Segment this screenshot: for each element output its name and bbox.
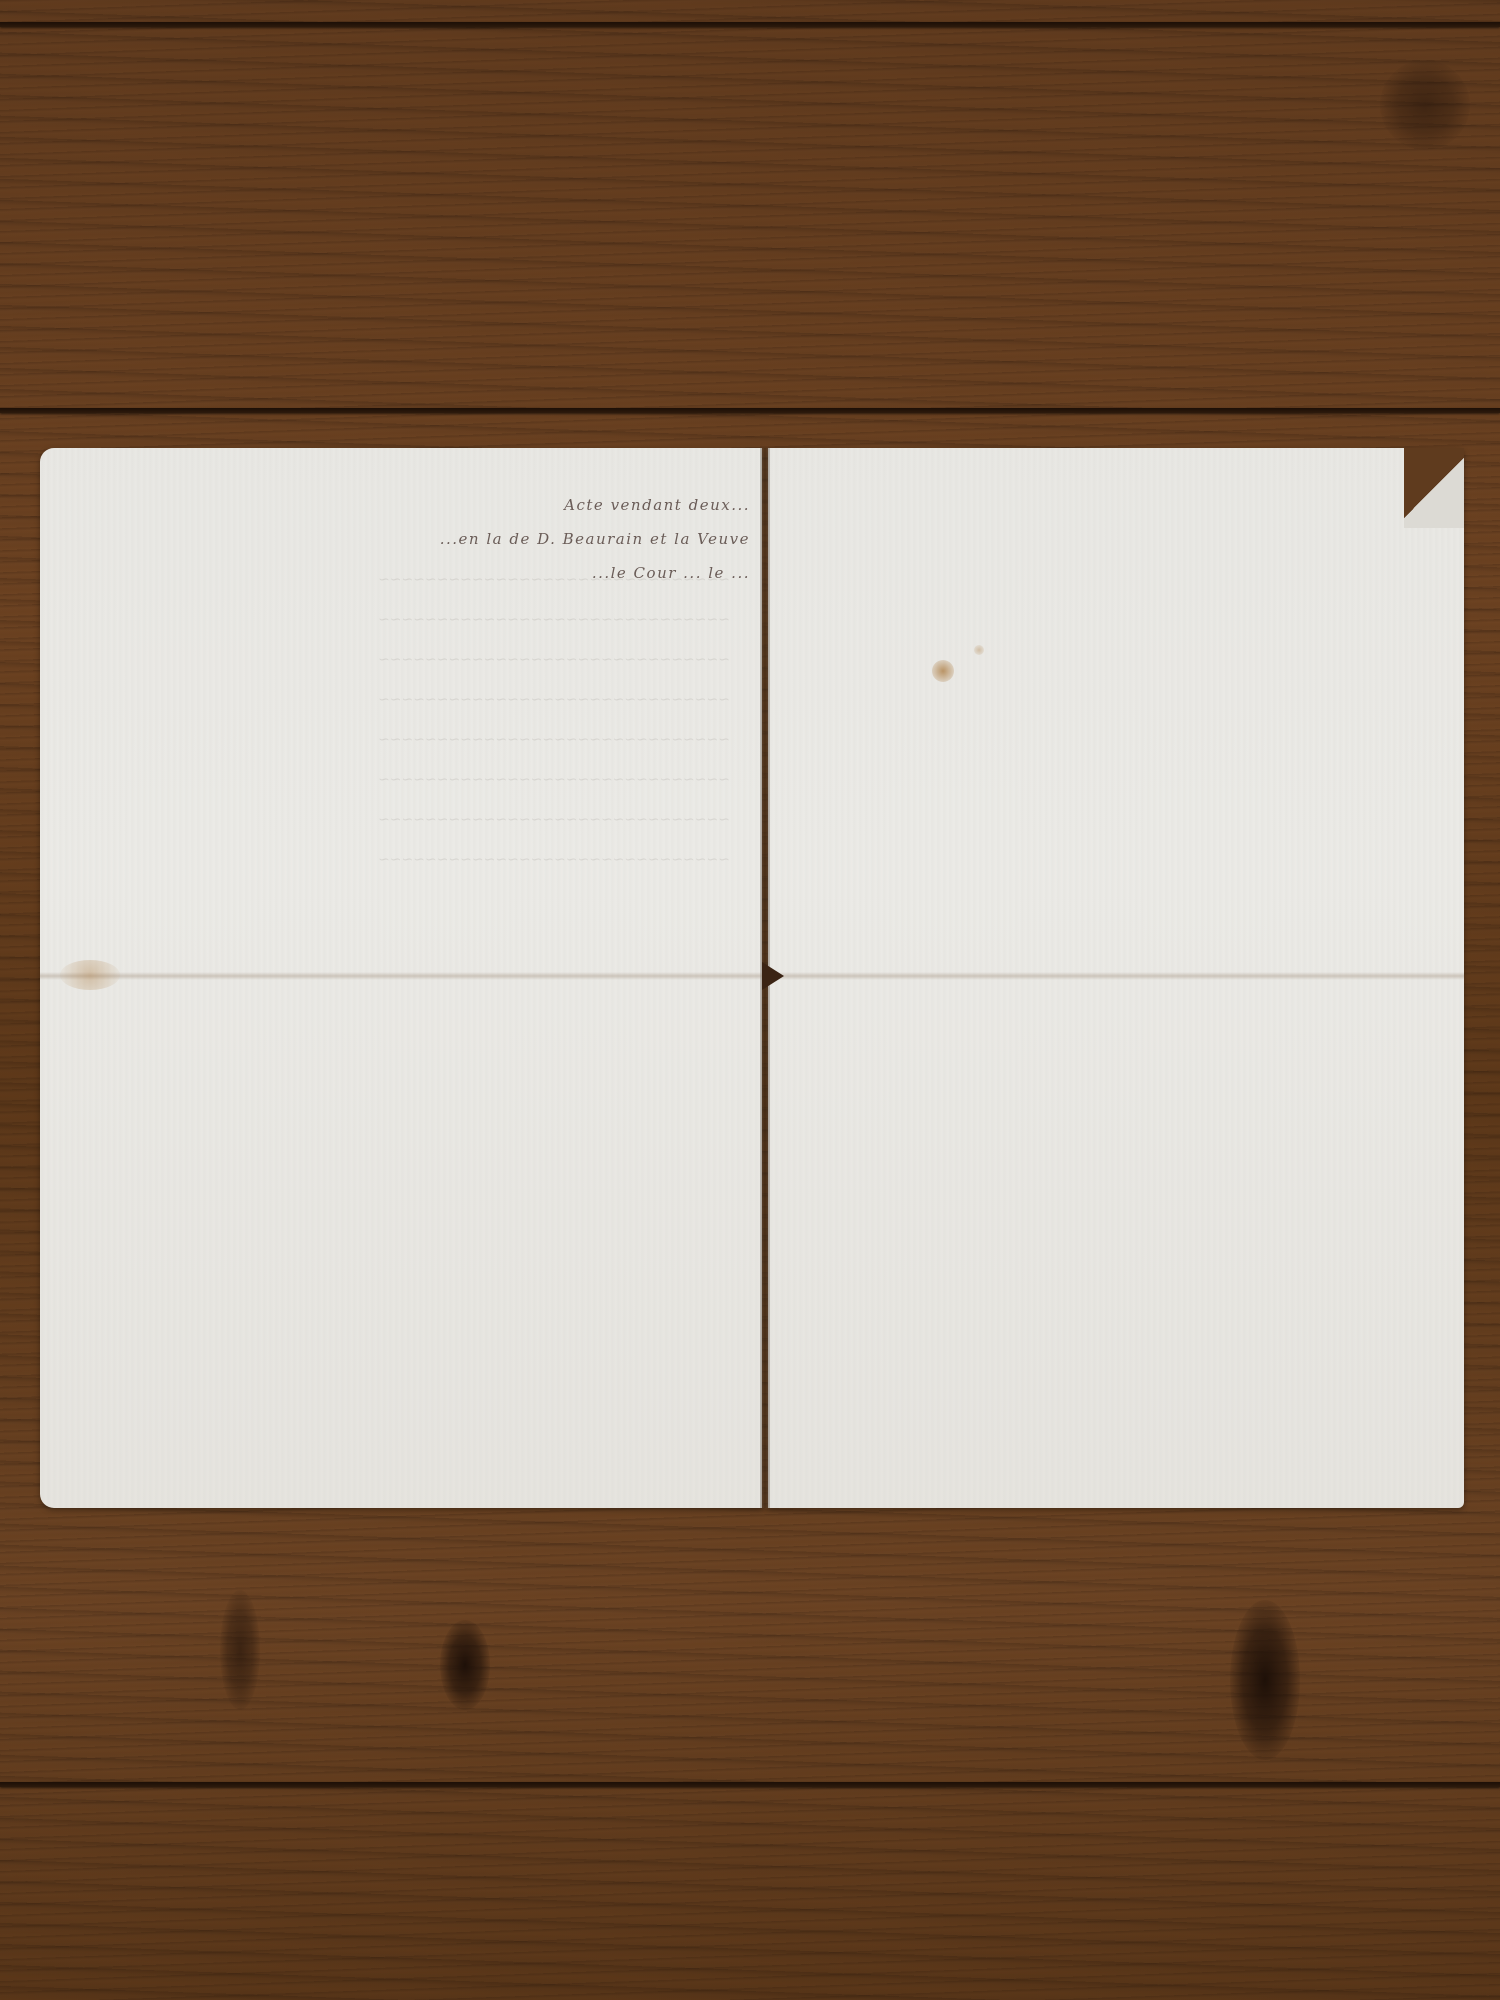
folded-corner [1404, 448, 1464, 528]
horizontal-fold [40, 972, 1464, 980]
handwriting-line: ...en la de D. Beaurain et la Veuve [300, 522, 750, 556]
wood-knot [1380, 60, 1470, 150]
bleed-line: ~~~~~~~~~~~~~~~~~~~~~~~~~~~~~~ [250, 840, 730, 880]
bleed-through-text: ~~~~~~~~~~~~~~~~~~~~~~~~~~~~~~ ~~~~~~~~~… [250, 560, 730, 880]
foxing-stain [60, 960, 120, 990]
wood-knot [220, 1590, 260, 1710]
bleed-line: ~~~~~~~~~~~~~~~~~~~~~~~~~~~~~~ [250, 720, 730, 760]
foxing-stain [974, 645, 984, 655]
plank-seam [0, 408, 1500, 413]
foxing-stain [932, 660, 954, 682]
plank-seam [0, 1782, 1500, 1787]
handwriting-line: Acte vendant deux... [300, 488, 750, 522]
handwriting-line: ...le Cour ... le ... [300, 556, 750, 590]
bleed-line: ~~~~~~~~~~~~~~~~~~~~~~~~~~~~~~ [250, 800, 730, 840]
plank-seam [0, 22, 1500, 27]
bleed-line: ~~~~~~~~~~~~~~~~~~~~~~~~~~~~~~ [250, 680, 730, 720]
bleed-line: ~~~~~~~~~~~~~~~~~~~~~~~~~~~~~~ [250, 600, 730, 640]
bleed-line: ~~~~~~~~~~~~~~~~~~~~~~~~~~~~~~ [250, 760, 730, 800]
fold-tear [762, 962, 784, 990]
wood-knot [440, 1620, 490, 1710]
bleed-line: ~~~~~~~~~~~~~~~~~~~~~~~~~~~~~~ [250, 640, 730, 680]
handwritten-docket: Acte vendant deux... ...en la de D. Beau… [300, 488, 750, 590]
wood-knot [1230, 1600, 1300, 1760]
